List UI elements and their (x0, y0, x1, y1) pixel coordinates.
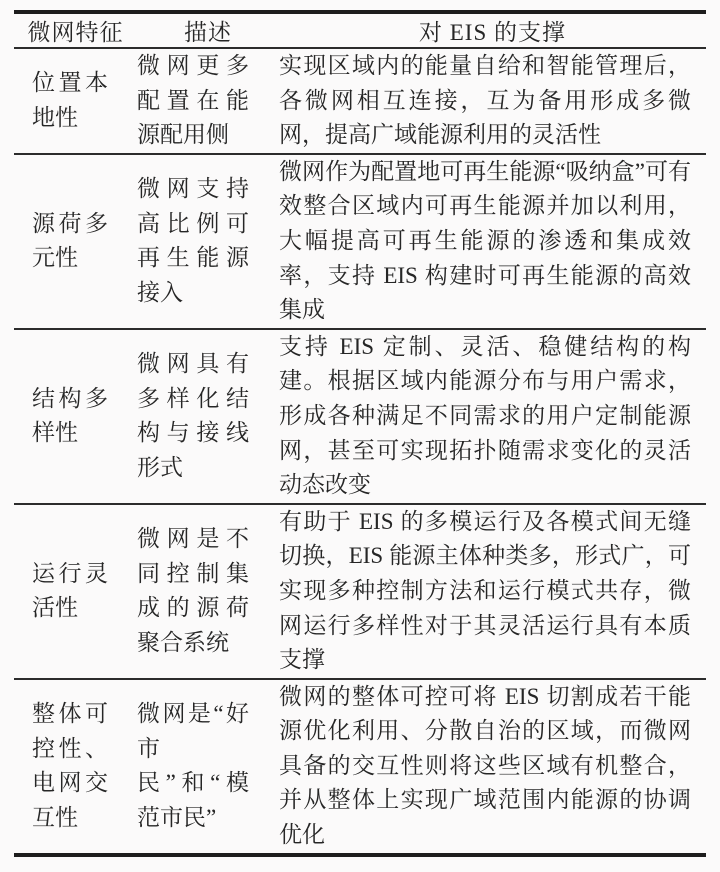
support-text: 支持 EIS 定制、灵活、稳健结构的构建。根据区域内能源分布与用户需求，形成各种… (279, 330, 691, 503)
support-text: 实现区域内的能量自给和智能管理后，各微网相互连接，互为备用形成多微网，提高广域能… (279, 49, 691, 153)
support-cell: 有助于 EIS 的多模运行及各模式间无缝切换，EIS 能源主体种类多，形式广，可… (279, 504, 706, 679)
support-cell: 微网的整体可控可将 EIS 切割成若干能源优化利用、分散自治的区域，而微网具备的… (279, 679, 706, 855)
description-text: 微网具有多样化结构与接线形式 (137, 347, 249, 485)
table-row: 整体可控性、电网交互性 微网是“好市民”和“模范市民” 微网的整体可控可将 EI… (14, 679, 706, 855)
description-cell: 微网是不同控制集成的源荷聚合系统 (137, 504, 279, 679)
support-text: 有助于 EIS 的多模运行及各模式间无缝切换，EIS 能源主体种类多，形式广，可… (279, 505, 691, 678)
column-header-description: 描述 (137, 12, 279, 48)
table-row: 源荷多元性 微网支持高比例可再生能源接入 微网作为配置地可再生能源“吸纳盒”可有… (14, 154, 706, 329)
description-text: 微网支持高比例可再生能源接入 (137, 172, 249, 310)
feature-cell: 源荷多元性 (14, 154, 137, 329)
column-header-feature: 微网特征 (14, 12, 137, 48)
support-cell: 支持 EIS 定制、灵活、稳健结构的构建。根据区域内能源分布与用户需求，形成各种… (279, 329, 706, 504)
feature-text: 结构多样性 (32, 382, 108, 451)
feature-text: 运行灵活性 (32, 557, 108, 626)
table-row: 位置本地性 微网更多配置在能源配用侧 实现区域内的能量自给和智能管理后，各微网相… (14, 48, 706, 154)
description-cell: 微网更多配置在能源配用侧 (137, 48, 279, 154)
description-cell: 微网是“好市民”和“模范市民” (137, 679, 279, 855)
feature-cell: 整体可控性、电网交互性 (14, 679, 137, 855)
feature-text: 源荷多元性 (32, 207, 108, 276)
feature-text: 位置本地性 (32, 66, 108, 135)
support-text: 微网作为配置地可再生能源“吸纳盒”可有效整合区域内可再生能源并加以利用，大幅提高… (279, 155, 691, 328)
feature-cell: 位置本地性 (14, 48, 137, 154)
feature-cell: 运行灵活性 (14, 504, 137, 679)
column-header-support: 对 EIS 的支撑 (279, 12, 706, 48)
description-text: 微网是“好市民”和“模范市民” (137, 697, 249, 835)
table-row: 结构多样性 微网具有多样化结构与接线形式 支持 EIS 定制、灵活、稳健结构的构… (14, 329, 706, 504)
support-cell: 微网作为配置地可再生能源“吸纳盒”可有效整合区域内可再生能源并加以利用，大幅提高… (279, 154, 706, 329)
support-text: 微网的整体可控可将 EIS 切割成若干能源优化利用、分散自治的区域，而微网具备的… (279, 680, 691, 853)
description-cell: 微网支持高比例可再生能源接入 (137, 154, 279, 329)
description-text: 微网是不同控制集成的源荷聚合系统 (137, 522, 249, 660)
table-row: 运行灵活性 微网是不同控制集成的源荷聚合系统 有助于 EIS 的多模运行及各模式… (14, 504, 706, 679)
table-header-row: 微网特征 描述 对 EIS 的支撑 (14, 12, 706, 48)
feature-cell: 结构多样性 (14, 329, 137, 504)
feature-text: 整体可控性、电网交互性 (32, 697, 108, 835)
description-cell: 微网具有多样化结构与接线形式 (137, 329, 279, 504)
support-cell: 实现区域内的能量自给和智能管理后，各微网相互连接，互为备用形成多微网，提高广域能… (279, 48, 706, 154)
microgrid-characteristics-table: 微网特征 描述 对 EIS 的支撑 位置本地性 微网更多配置在能源配用侧 实现区… (14, 10, 706, 857)
description-text: 微网更多配置在能源配用侧 (137, 49, 249, 153)
